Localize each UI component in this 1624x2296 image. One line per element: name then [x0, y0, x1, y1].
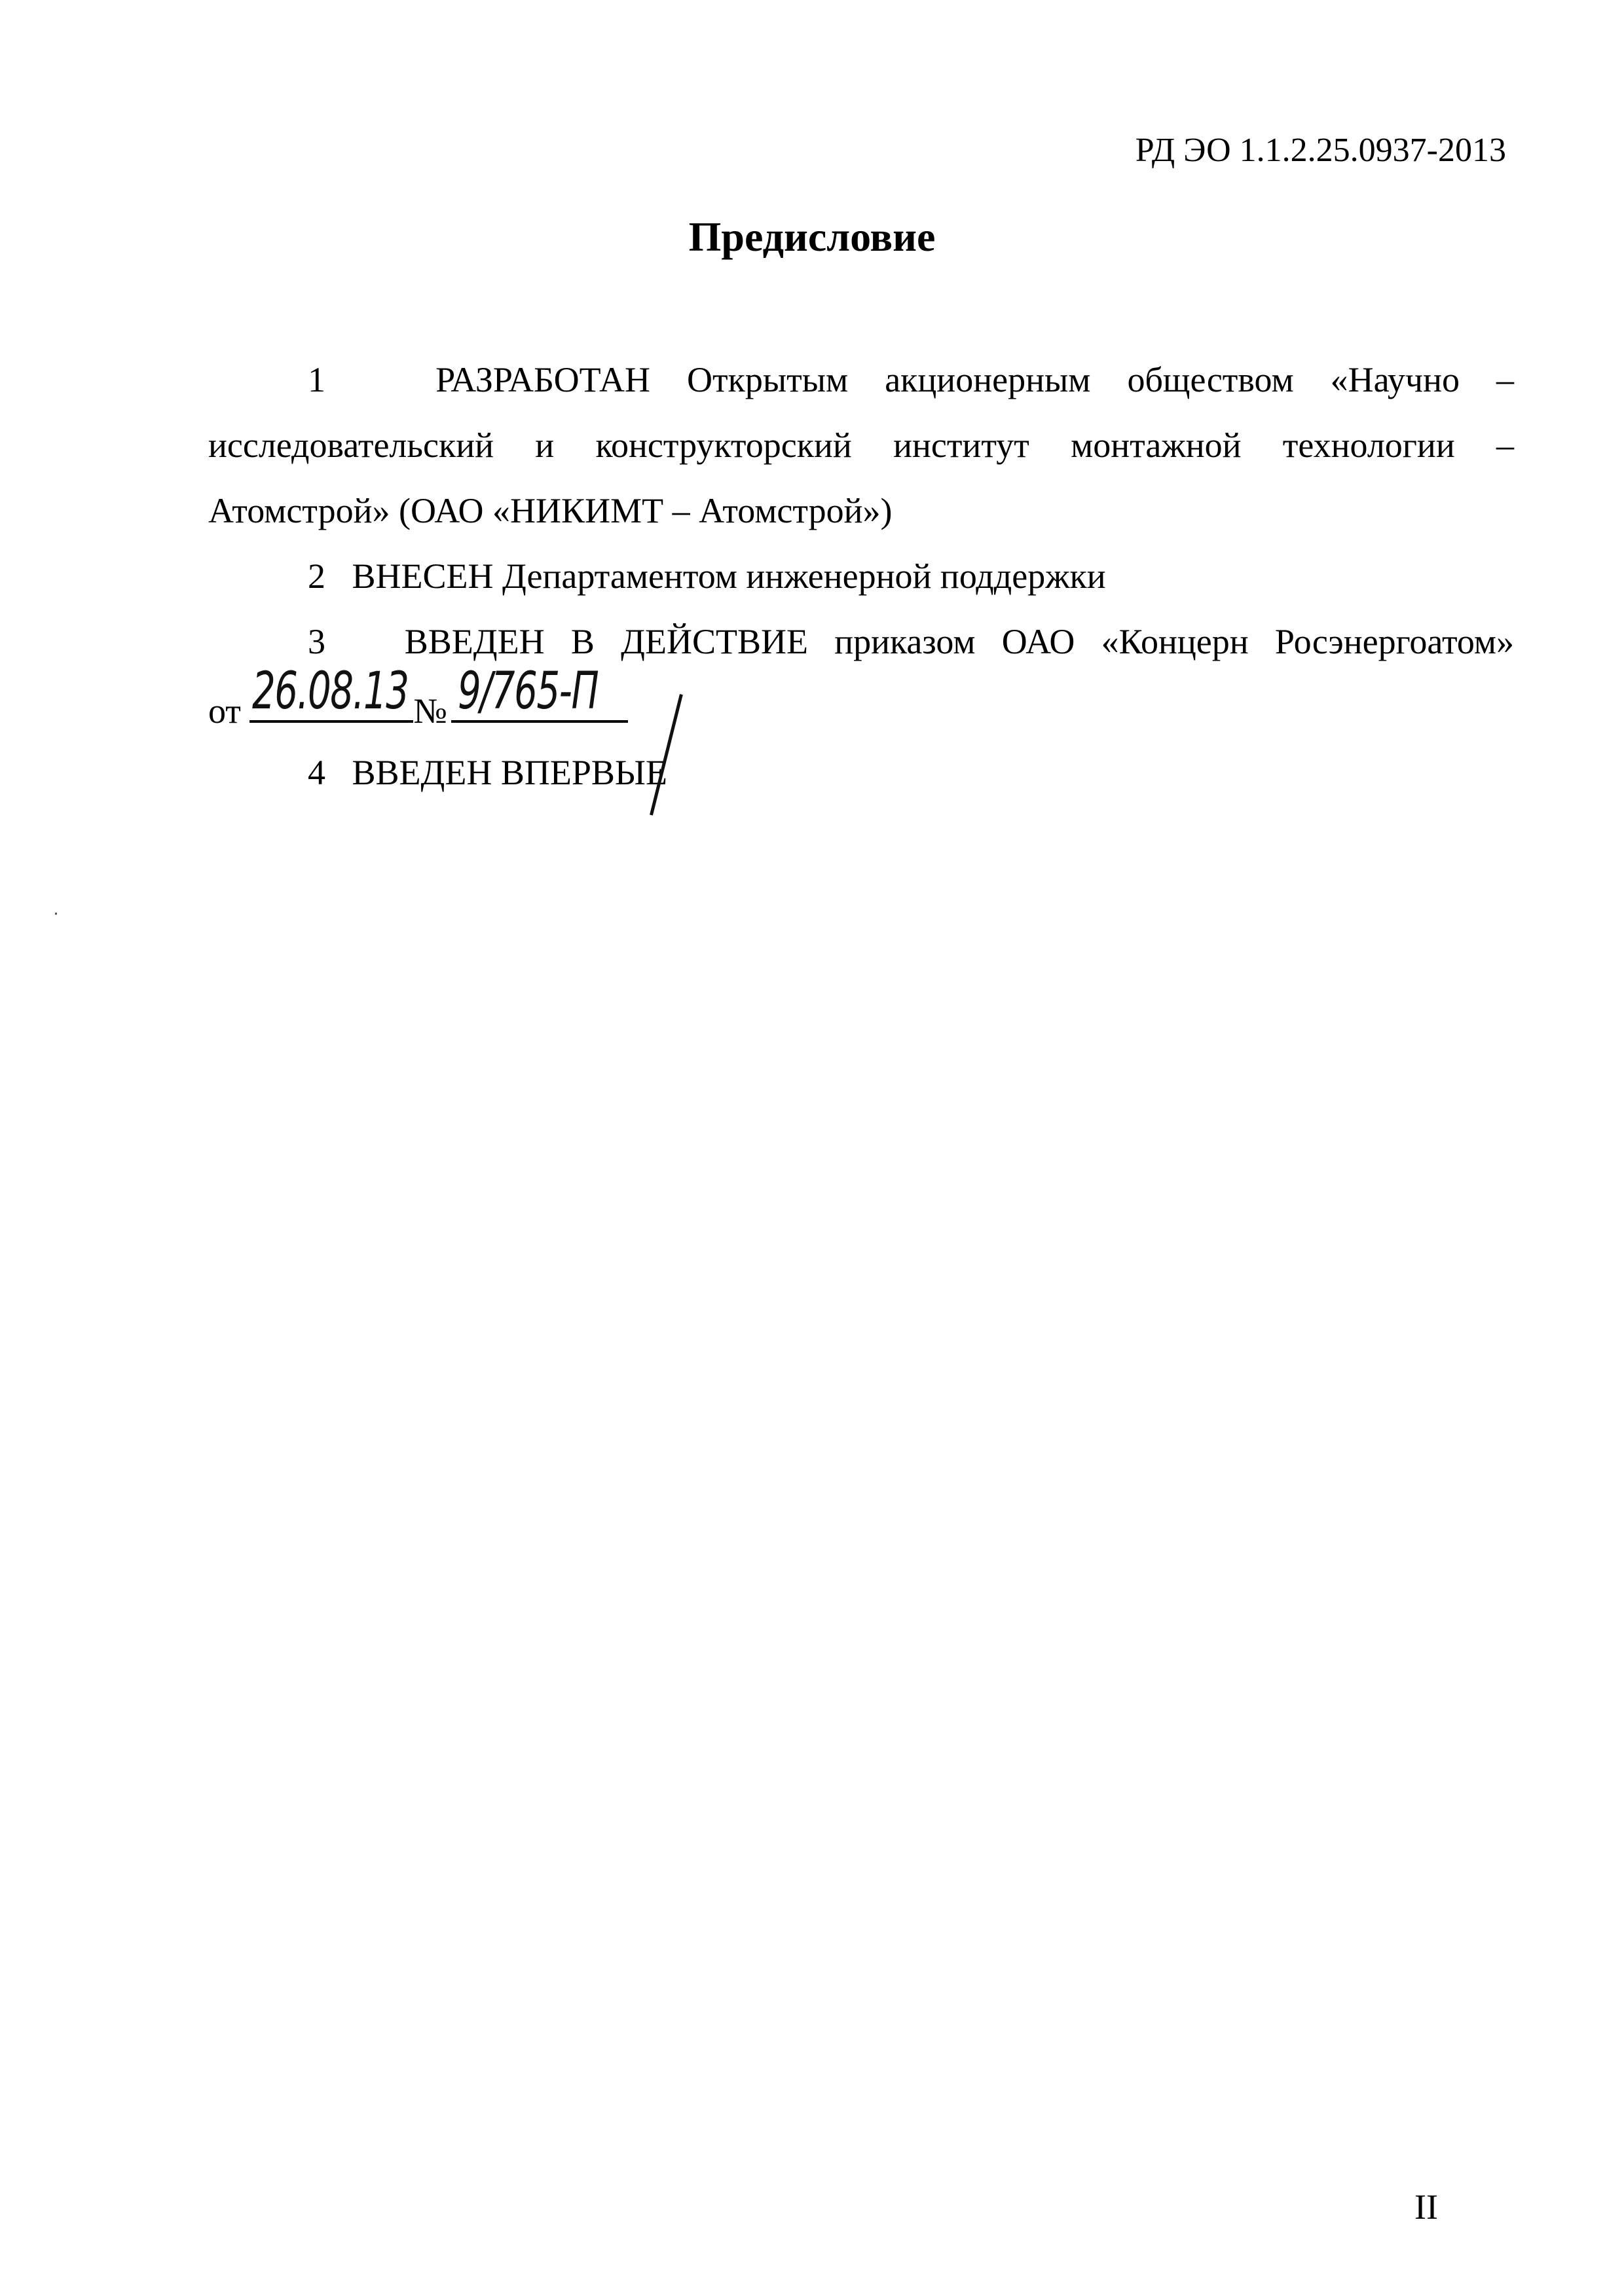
item-number: 4	[308, 753, 325, 792]
item-text: РАЗРАБОТАН Открытым акционерным общество…	[435, 360, 1514, 399]
order-number-field: 9/765-П	[451, 674, 628, 723]
document-body: 1 РАЗРАБОТАН Открытым акционерным общест…	[208, 347, 1514, 805]
item-number: 3	[308, 622, 325, 661]
handwritten-order-date: 26.08.13	[252, 659, 409, 724]
page-number: II	[1414, 2187, 1438, 2227]
item-text: ВВЕДЕН ВПЕРВЫЕ	[352, 753, 667, 792]
page-title: Предисловие	[0, 213, 1624, 261]
from-label: от	[208, 691, 241, 731]
preface-item-2: 2 ВНЕСЕН Департаментом инженерной поддер…	[208, 543, 1514, 609]
item-1-line-3: Атомстрой» (ОАО «НИКИМТ – Атомстрой»)	[208, 478, 1514, 543]
order-date-field: 26.08.13	[249, 674, 413, 723]
item-1-line-1: 1 РАЗРАБОТАН Открытым акционерным общест…	[208, 347, 1514, 412]
item-number: 2	[308, 556, 325, 596]
preface-item-1: 1 РАЗРАБОТАН Открытым акционерным общест…	[208, 347, 1514, 543]
preface-item-4: 4 ВВЕДЕН ВПЕРВЫЕ	[208, 740, 1514, 805]
number-sign: №	[413, 691, 447, 731]
item-text: ВНЕСЕН Департаментом инженерной поддержк…	[352, 556, 1106, 596]
item-text: ВВЕДЕН В ДЕЙСТВИЕ приказом ОАО «Концерн …	[405, 622, 1514, 661]
preface-item-3: 3 ВВЕДЕН В ДЕЙСТВИЕ приказом ОАО «Концер…	[208, 609, 1514, 740]
order-reference-line: от 26.08.13 № 9/765-П	[208, 674, 1514, 740]
handwritten-order-number: 9/765-П	[458, 659, 598, 724]
document-code: РД ЭО 1.1.2.25.0937-2013	[1113, 131, 1506, 170]
item-number: 1	[308, 360, 325, 399]
scan-artifact-dot	[55, 913, 57, 915]
item-1-line-2: исследовательский и конструкторский инст…	[208, 412, 1514, 478]
